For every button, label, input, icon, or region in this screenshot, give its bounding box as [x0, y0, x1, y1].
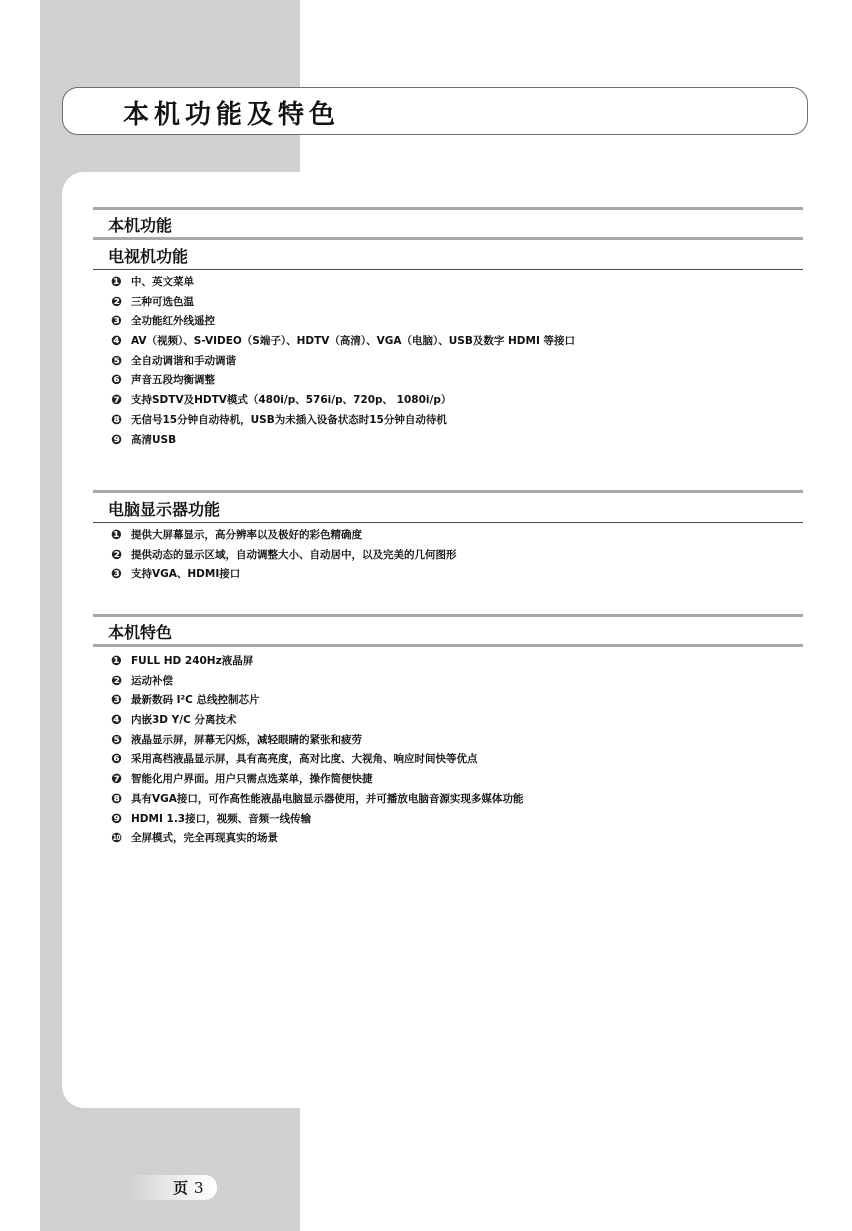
numbered-circle-icon: ❾ [108, 431, 125, 451]
list-item-text: FULL HD 240Hz液晶屏 [131, 652, 253, 672]
numbered-circle-icon: ❻ [108, 371, 125, 391]
numbered-circle-icon: ❽ [108, 790, 125, 810]
numbered-circle-icon: ❼ [108, 770, 125, 790]
numbered-circle-icon: ❸ [108, 312, 125, 332]
list-item-text: 液晶显示屏，屏幕无闪烁，减轻眼睛的紧张和疲劳 [131, 731, 362, 751]
list-item: ❾高清USB [108, 431, 575, 451]
list-item-text: 全屏模式，完全再现真实的场景 [131, 829, 278, 849]
list-item: ❸最新数码 I²C 总线控制芯片 [108, 691, 523, 711]
list-item: ❸全功能红外线遥控 [108, 312, 575, 332]
page-number-label: 页3 [173, 1177, 204, 1198]
divider [93, 644, 803, 647]
list-item-text: 内嵌3D Y/C 分离技术 [131, 711, 236, 731]
list-item: ❷运动补偿 [108, 672, 523, 692]
list-item: ❷三种可选色温 [108, 293, 575, 313]
divider [93, 490, 803, 493]
divider [93, 522, 803, 523]
numbered-circle-icon: ❺ [108, 352, 125, 372]
list-item-text: 支持VGA、HDMI接口 [131, 565, 240, 585]
numbered-circle-icon: ❷ [108, 546, 125, 566]
list-item: ❹内嵌3D Y/C 分离技术 [108, 711, 523, 731]
list-item-text: AV（视频）、S-VIDEO（S端子）、HDTV（高清）、VGA（电脑）、USB… [131, 332, 575, 352]
divider [93, 207, 803, 210]
numbered-circle-icon: ❶ [108, 273, 125, 293]
list-item: ❼支持SDTV及HDTV模式（480i/p、576i/p、720p、 1080i… [108, 391, 575, 411]
list-item-text: 运动补偿 [131, 672, 173, 692]
list-item-text: 全功能红外线遥控 [131, 312, 215, 332]
page-number: 3 [194, 1179, 204, 1197]
list-item-text: 最新数码 I²C 总线控制芯片 [131, 691, 260, 711]
page-number-tab: 页3 [125, 1175, 217, 1200]
list-item: ❻声音五段均衡调整 [108, 371, 575, 391]
list-item: ❶FULL HD 240Hz液晶屏 [108, 652, 523, 672]
list-item-text: 采用高档液晶显示屏，具有高亮度，高对比度、大视角、响应时间快等优点 [131, 750, 478, 770]
numbered-circle-icon: ❼ [108, 391, 125, 411]
list-item: ❼智能化用户界面。用户只需点选菜单，操作简便快捷 [108, 770, 523, 790]
divider [93, 237, 803, 240]
numbered-circle-icon: ❽ [108, 411, 125, 431]
divider [93, 614, 803, 617]
feature-list: ❶FULL HD 240Hz液晶屏 ❷运动补偿 ❸最新数码 I²C 总线控制芯片… [108, 652, 523, 849]
numbered-circle-icon: ❾ [108, 810, 125, 830]
section-heading-features: 本机特色 [108, 620, 172, 643]
list-item-text: 无信号15分钟自动待机，USB为未插入设备状态时15分钟自动待机 [131, 411, 447, 431]
list-item-text: HDMI 1.3接口，视频、音频一线传输 [131, 810, 311, 830]
list-item-text: 高清USB [131, 431, 176, 451]
list-item: ❸支持VGA、HDMI接口 [108, 565, 457, 585]
section-heading-pc-monitor-functions: 电脑显示器功能 [108, 497, 220, 520]
numbered-circle-icon: ❻ [108, 750, 125, 770]
list-item: ❺液晶显示屏，屏幕无闪烁，减轻眼睛的紧张和疲劳 [108, 731, 523, 751]
list-item-text: 提供动态的显示区域，自动调整大小、自动居中，以及完美的几何图形 [131, 546, 457, 566]
page-title: 本机功能及特色 [123, 94, 340, 131]
list-item: ❻采用高档液晶显示屏，具有高亮度，高对比度、大视角、响应时间快等优点 [108, 750, 523, 770]
pc-function-list: ❶提供大屏幕显示，高分辨率以及极好的彩色精确度 ❷提供动态的显示区域，自动调整大… [108, 526, 457, 585]
list-item-text: 智能化用户界面。用户只需点选菜单，操作简便快捷 [131, 770, 373, 790]
numbered-circle-icon: ❿ [108, 829, 125, 849]
list-item: ❽具有VGA接口，可作高性能液晶电脑显示器使用，并可播放电脑音源实现多媒体功能 [108, 790, 523, 810]
tv-function-list: ❶中、英文菜单 ❷三种可选色温 ❸全功能红外线遥控 ❹AV（视频）、S-VIDE… [108, 273, 575, 450]
page-title-box: 本机功能及特色 [62, 87, 808, 135]
list-item: ❹AV（视频）、S-VIDEO（S端子）、HDTV（高清）、VGA（电脑）、US… [108, 332, 575, 352]
list-item-text: 具有VGA接口，可作高性能液晶电脑显示器使用，并可播放电脑音源实现多媒体功能 [131, 790, 523, 810]
section-heading-tv-functions: 电视机功能 [108, 244, 188, 267]
numbered-circle-icon: ❸ [108, 691, 125, 711]
list-item-text: 支持SDTV及HDTV模式（480i/p、576i/p、720p、 1080i/… [131, 391, 451, 411]
list-item-text: 中、英文菜单 [131, 273, 194, 293]
list-item: ❺全自动调谐和手动调谐 [108, 352, 575, 372]
list-item-text: 三种可选色温 [131, 293, 194, 313]
numbered-circle-icon: ❹ [108, 332, 125, 352]
numbered-circle-icon: ❺ [108, 731, 125, 751]
numbered-circle-icon: ❷ [108, 672, 125, 692]
list-item: ❶中、英文菜单 [108, 273, 575, 293]
list-item-text: 声音五段均衡调整 [131, 371, 215, 391]
list-item-text: 提供大屏幕显示，高分辨率以及极好的彩色精确度 [131, 526, 362, 546]
numbered-circle-icon: ❹ [108, 711, 125, 731]
list-item: ❶提供大屏幕显示，高分辨率以及极好的彩色精确度 [108, 526, 457, 546]
list-item: ❷提供动态的显示区域，自动调整大小、自动居中，以及完美的几何图形 [108, 546, 457, 566]
list-item-text: 全自动调谐和手动调谐 [131, 352, 236, 372]
numbered-circle-icon: ❷ [108, 293, 125, 313]
list-item: ❿全屏模式，完全再现真实的场景 [108, 829, 523, 849]
divider [93, 269, 803, 270]
numbered-circle-icon: ❶ [108, 652, 125, 672]
list-item: ❾HDMI 1.3接口，视频、音频一线传输 [108, 810, 523, 830]
section-heading-main-functions: 本机功能 [108, 213, 172, 236]
list-item: ❽无信号15分钟自动待机，USB为未插入设备状态时15分钟自动待机 [108, 411, 575, 431]
page-word: 页 [173, 1179, 188, 1197]
numbered-circle-icon: ❶ [108, 526, 125, 546]
numbered-circle-icon: ❸ [108, 565, 125, 585]
